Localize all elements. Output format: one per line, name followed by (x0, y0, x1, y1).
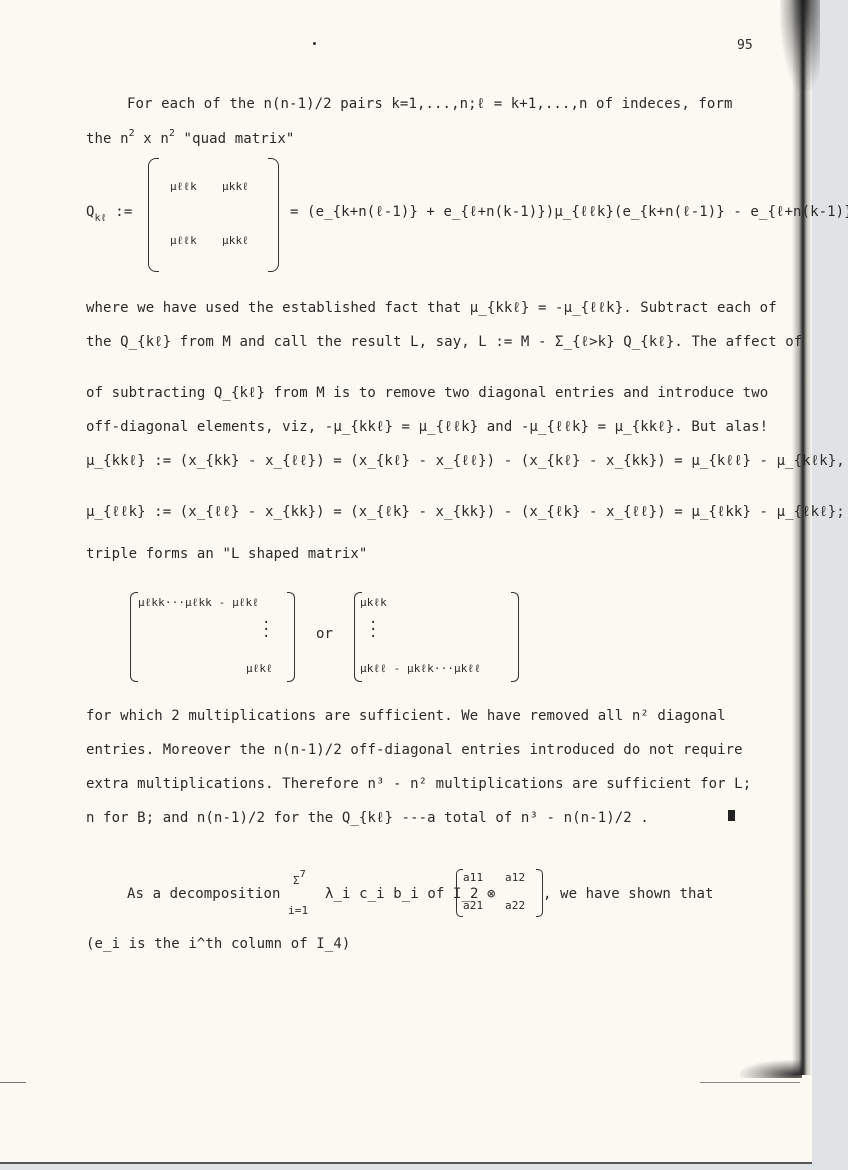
a12: a12 (505, 871, 525, 884)
small-matrix-right-bracket (536, 869, 543, 917)
small-matrix-left-bracket (456, 869, 463, 917)
scanned-page: 95 For each of the n(n-1)/2 pairs k=1,..… (0, 0, 812, 1164)
quad-cell-22: μkkℓ (222, 234, 249, 248)
para2-line2: the Q_{kℓ} from M and call the result L,… (86, 334, 802, 351)
vdots: ··· (369, 620, 377, 641)
lmatrix1-bottom: μℓkℓ (246, 662, 273, 676)
quad-cell-21: μℓℓk (170, 234, 197, 248)
a22: a22 (505, 899, 525, 912)
left-bracket (148, 158, 159, 272)
qed-square-icon (728, 810, 735, 821)
para3-line4: n for B; and n(n-1)/2 for the Q_{kℓ} ---… (86, 810, 649, 827)
para3-line2: entries. Moreover the n(n-1)/2 off-diago… (86, 742, 743, 758)
para3-line3: extra multiplications. Therefore n³ - n²… (86, 776, 751, 792)
sum-upper: 7 (300, 869, 306, 880)
lmatrix1-top-row: μℓkk···μℓkk - μℓkℓ (138, 596, 259, 610)
page-number: 95 (737, 38, 753, 53)
para1-line2: the n2 x n2 "quad matrix" (86, 131, 294, 147)
lmatrix2-bottom-row: μkℓℓ - μkℓk···μkℓℓ (360, 662, 481, 676)
right-bracket (268, 158, 279, 272)
para2-line3: of subtracting Q_{kℓ} from M is to remov… (86, 385, 768, 402)
para2-line5: μ_{kkℓ} := (x_{kk} - x_{ℓℓ}) = (x_{kℓ} -… (86, 453, 848, 470)
para4-prefix: As a decomposition (127, 886, 281, 902)
scan-speck (313, 42, 316, 45)
quad-matrix-lhs: Qkℓ := (86, 204, 132, 220)
para4-suffix: , we have shown that (543, 886, 714, 902)
quad-matrix-rhs: = (e_{k+n(ℓ-1)} + e_{ℓ+n(k-1)})μ_{ℓℓk}(e… (290, 204, 848, 221)
para2-line7: triple forms an "L shaped matrix" (86, 546, 367, 562)
text: x n (135, 131, 169, 147)
quad-cell-11: μℓℓk (170, 180, 197, 194)
binding-shadow-foot (740, 1060, 802, 1078)
lmatrix2-right-bracket (511, 592, 519, 682)
or-text: or (316, 626, 333, 642)
quad-cell-12: μkkℓ (222, 180, 249, 194)
a11: a11 (463, 871, 483, 884)
symbol-q: Q (86, 204, 95, 220)
vdots: ··· (262, 620, 270, 641)
assign-operator: := (115, 204, 132, 220)
crop-mark-left (0, 1082, 26, 1083)
lmatrix2-top: μkℓk (360, 596, 387, 610)
para2-line6: μ_{ℓℓk} := (x_{ℓℓ} - x_{kk}) = (x_{ℓk} -… (86, 504, 848, 521)
crop-mark-right (700, 1082, 800, 1083)
sum-lower: i=1 (288, 904, 308, 917)
binding-shadow (792, 0, 812, 1075)
lmatrix1-left-bracket (130, 592, 138, 682)
para1-line1: For each of the n(n-1)/2 pairs k=1,...,n… (127, 96, 733, 113)
sum-sigma: Σ7 (293, 874, 306, 887)
para2-line1: where we have used the established fact … (86, 300, 777, 317)
para2-line4: off-diagonal elements, viz, -μ_{kkℓ} = μ… (86, 419, 768, 436)
text: "quad matrix" (175, 131, 294, 147)
subscript: kℓ (95, 213, 107, 224)
para4-line2: (e_i is the i^th column of I_4) (86, 936, 350, 952)
text: the n (86, 131, 129, 147)
lmatrix1-right-bracket (287, 592, 295, 682)
a21: a21 (463, 899, 483, 912)
para3-line1: for which 2 multiplications are sufficie… (86, 708, 726, 724)
